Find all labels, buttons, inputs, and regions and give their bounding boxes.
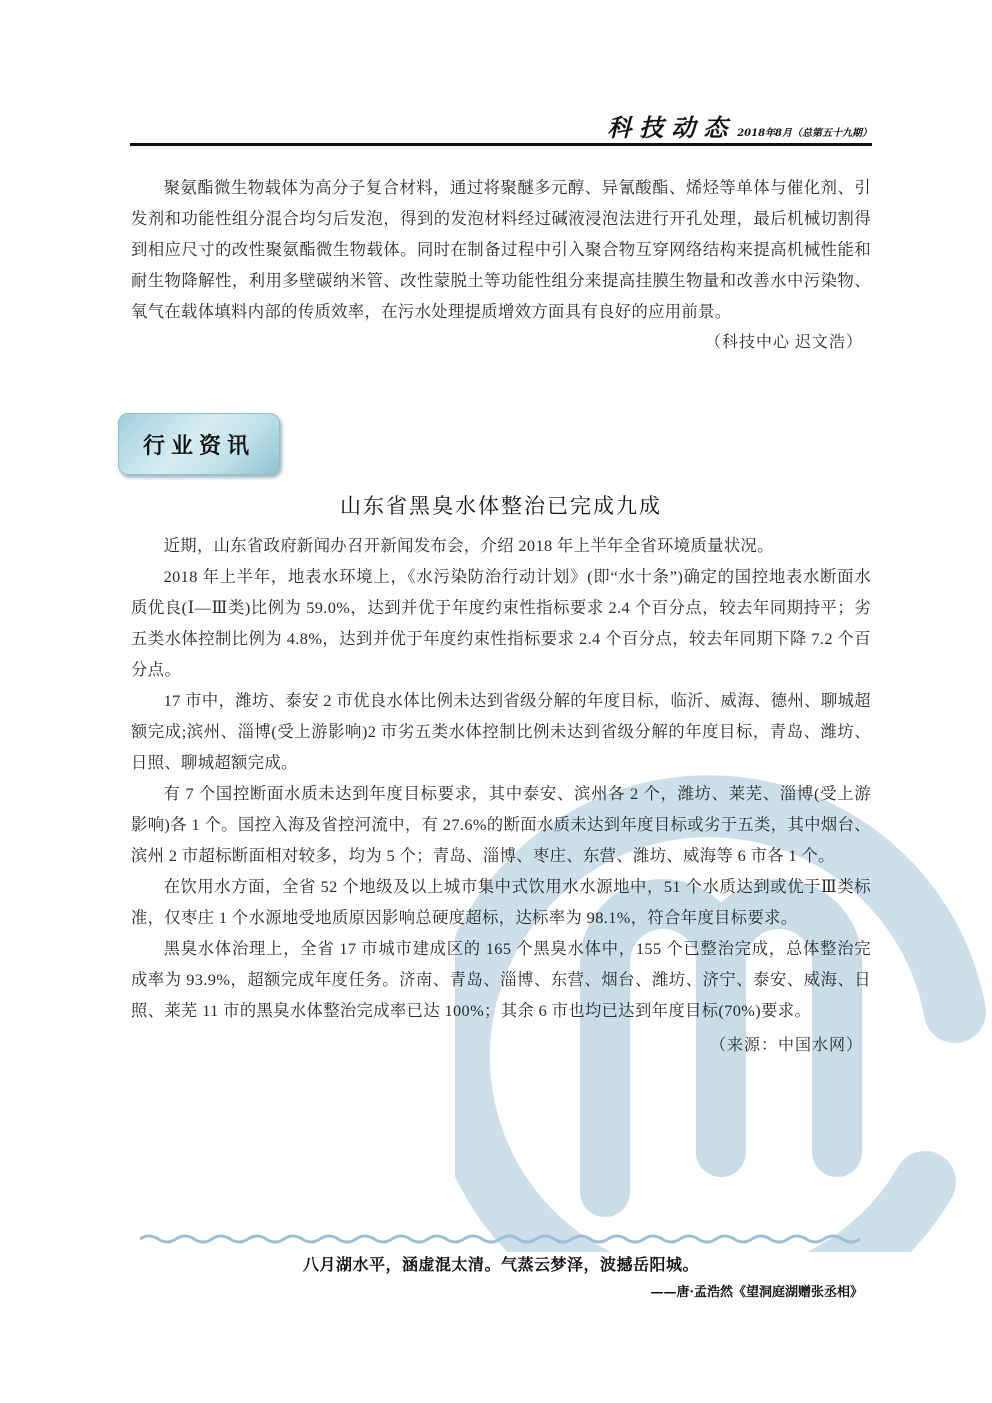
- poem-line: 八月湖水平，涵虚混太清。气蒸云梦泽，波撼岳阳城。: [131, 1252, 871, 1275]
- magazine-name: 科技动态: [607, 113, 735, 142]
- header-rule: [130, 143, 872, 146]
- section-badge-label: 行业资讯: [143, 429, 255, 460]
- article-title: 山东省黑臭水体整治已完成九成: [131, 490, 871, 520]
- article-paragraph: 近期，山东省政府新闻办召开新闻发布会，介绍 2018 年上半年全省环境质量状况。: [131, 530, 871, 561]
- header-title: 科技动态2018年8月（总第五十九期）: [607, 108, 872, 143]
- article-body: 近期，山东省政府新闻办召开新闻发布会，介绍 2018 年上半年全省环境质量状况。…: [131, 530, 871, 1061]
- article-paragraph: 有 7 个国控断面水质未达到年度目标要求，其中泰安、滨州各 2 个，潍坊、莱芜、…: [131, 778, 871, 871]
- intro-paragraph: 聚氨酯微生物载体为高分子复合材料，通过将聚醚多元醇、异氰酸酯、烯烃等单体与催化剂…: [131, 172, 871, 327]
- wave-divider: [140, 1232, 865, 1244]
- issue-info: 2018年8月（总第五十九期）: [737, 128, 872, 139]
- article-paragraph: 17 市中，潍坊、泰安 2 市优良水体比例未达到省级分解的年度目标，临沂、威海、…: [131, 685, 871, 778]
- intro-article: 聚氨酯微生物载体为高分子复合材料，通过将聚醚多元醇、异氰酸酯、烯烃等单体与催化剂…: [131, 172, 871, 358]
- intro-attribution: （科技中心 迟文浩）: [131, 327, 871, 358]
- article-paragraph: 2018 年上半年，地表水环境上，《水污染防治行动计划》(即“水十条”)确定的国…: [131, 561, 871, 685]
- footer-poem: 八月湖水平，涵虚混太清。气蒸云梦泽，波撼岳阳城。 ——唐·孟浩然《望洞庭湖赠张丞…: [131, 1252, 871, 1300]
- poem-source: ——唐·孟浩然《望洞庭湖赠张丞相》: [131, 1281, 871, 1300]
- article-paragraph: 在饮用水方面，全省 52 个地级及以上城市集中式饮用水水源地中，51 个水质达到…: [131, 871, 871, 933]
- section-badge: 行业资讯: [118, 413, 280, 475]
- page-header: 科技动态2018年8月（总第五十九期）: [130, 108, 872, 148]
- article-attribution: （来源：中国水网）: [131, 1030, 871, 1061]
- article-paragraph: 黑臭水体治理上，全省 17 市城市建成区的 165 个黑臭水体中，155 个已整…: [131, 933, 871, 1026]
